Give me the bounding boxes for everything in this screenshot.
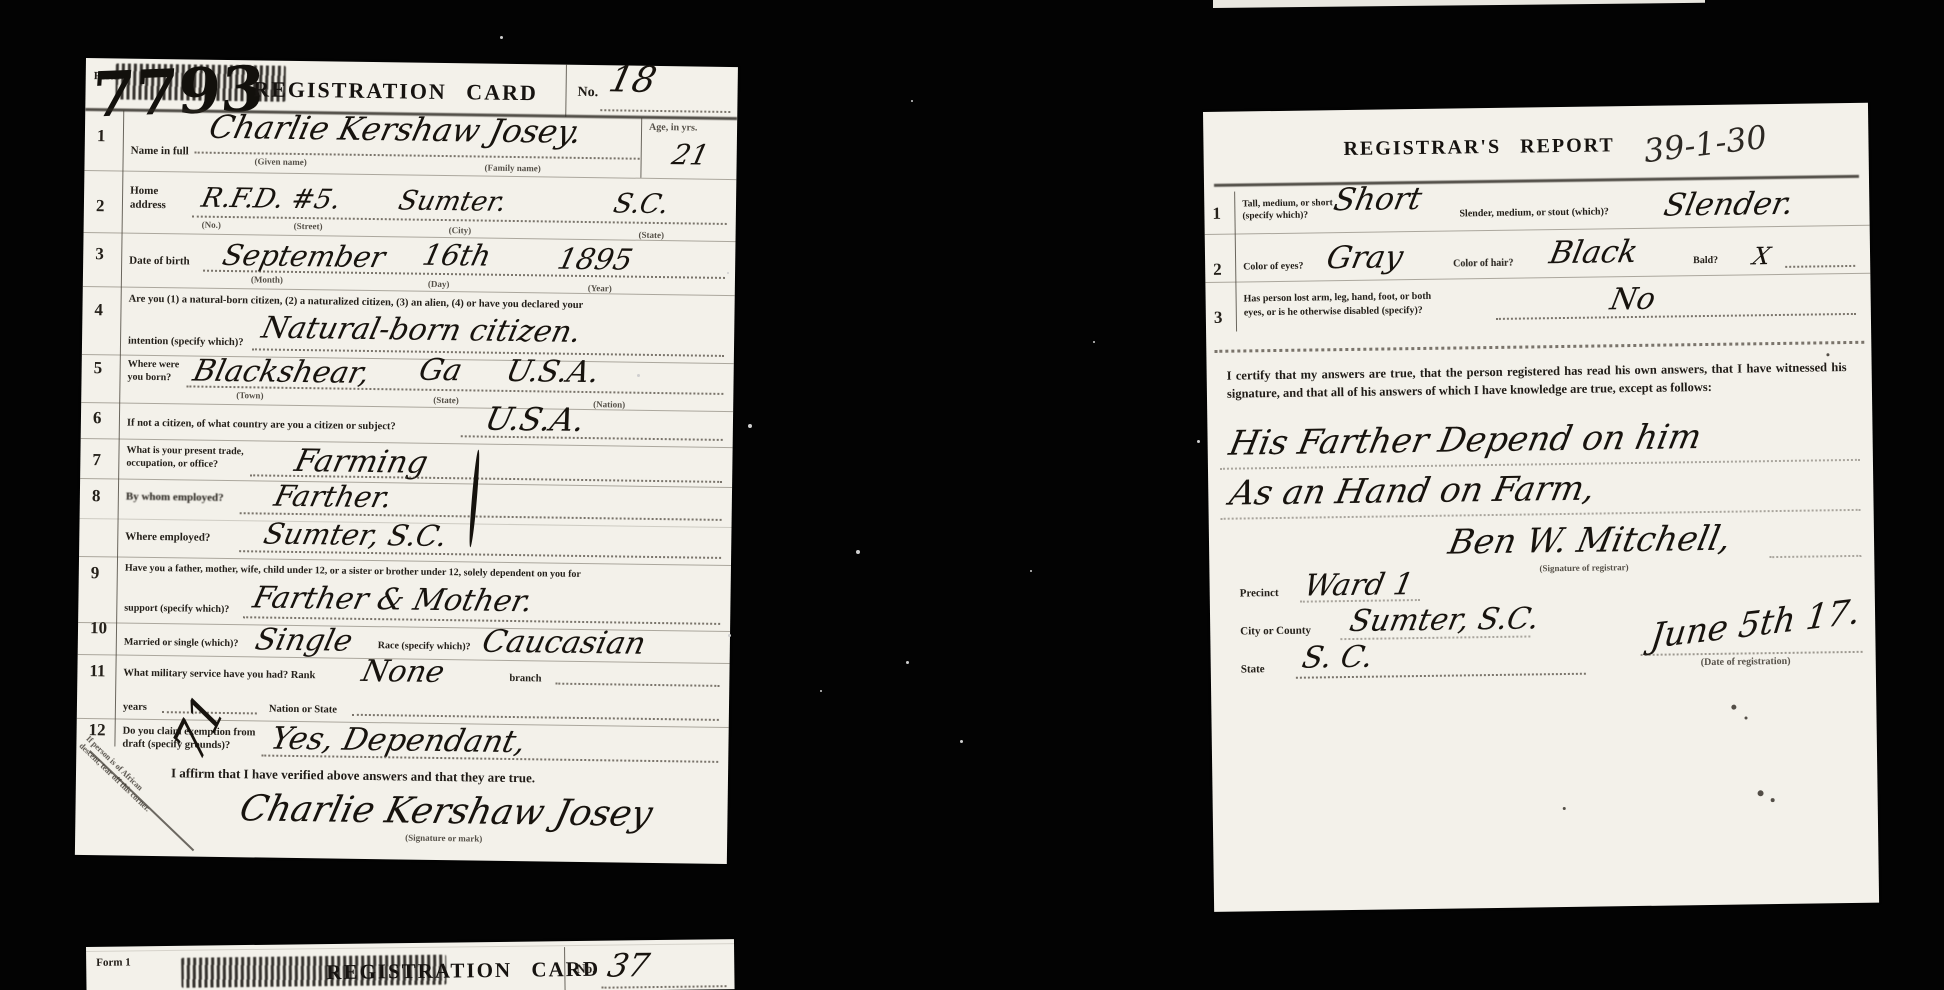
report-serial-number: 39-1-30 bbox=[1642, 118, 1769, 170]
registration-card: Form 1 7793 REGISTRATION CARD No. 18 1 2… bbox=[75, 58, 738, 864]
citizen-country-label: If not a citizen, of what country are yo… bbox=[127, 417, 396, 434]
dotted-line bbox=[239, 550, 721, 559]
no-value: 37 bbox=[604, 946, 652, 985]
dotted-line bbox=[1496, 313, 1856, 320]
military-nation-label: Nation or State bbox=[269, 703, 337, 717]
row-number: 8 bbox=[92, 486, 101, 506]
ink-speck bbox=[1563, 807, 1566, 810]
race-label: Race (specify which)? bbox=[378, 640, 471, 654]
dust-speck bbox=[906, 661, 909, 664]
form-number-label: Form 1 bbox=[96, 956, 131, 968]
exception-note-line2: As an Hand on Farm, bbox=[1226, 469, 1598, 514]
born-state-answer: Ga bbox=[416, 353, 466, 388]
hair-label: Color of hair? bbox=[1453, 258, 1514, 271]
registration-date-sublabel: (Date of registration) bbox=[1701, 656, 1791, 668]
ink-speck bbox=[1758, 790, 1764, 796]
title-rule bbox=[1214, 175, 1859, 187]
scanned-page-background: Form 1 7793 REGISTRATION CARD No. 18 1 2… bbox=[0, 0, 1944, 990]
city-county-value: Sumter, S.C. bbox=[1347, 601, 1543, 639]
age-label: Age, in yrs. bbox=[649, 122, 697, 134]
dust-speck bbox=[911, 100, 913, 102]
signature-sublabel: (Signature or mark) bbox=[405, 833, 482, 844]
affirmation-statement: I affirm that I have verified above answ… bbox=[171, 765, 535, 786]
state-value: S. C. bbox=[1299, 640, 1376, 676]
row-number: 2 bbox=[1213, 260, 1222, 280]
employed-by-label: By whom employed? bbox=[126, 491, 224, 506]
dotted-line bbox=[602, 985, 727, 989]
dust-speck bbox=[856, 550, 860, 554]
employed-where-answer: Sumter, S.C. bbox=[261, 517, 451, 553]
address-no-sublabel: (No.) bbox=[202, 220, 221, 230]
name-label: Name in full bbox=[131, 145, 189, 160]
family-name-sublabel: (Family name) bbox=[484, 163, 540, 174]
dependents-answer: Farther & Mother. bbox=[250, 580, 537, 619]
citizenship-label-b: intention (specify which)? bbox=[128, 335, 244, 350]
dob-day-sublabel: (Day) bbox=[428, 279, 450, 289]
no-label: No. bbox=[576, 961, 595, 977]
dust-speck bbox=[500, 36, 503, 39]
row-number: 3 bbox=[1214, 308, 1223, 328]
row-number: 9 bbox=[91, 563, 100, 583]
given-name-sublabel: (Given name) bbox=[255, 156, 307, 167]
name-answer: Charlie Kershaw Josey. bbox=[206, 108, 586, 151]
report-title: REGISTRAR'S REPORT bbox=[1343, 134, 1615, 161]
citizenship-label-a: Are you (1) a natural-born citizen, (2) … bbox=[129, 293, 729, 315]
dust-speck bbox=[1030, 570, 1032, 572]
born-label: Where were you born? bbox=[127, 359, 189, 385]
row-number: 2 bbox=[96, 196, 105, 216]
employed-by-answer: Farther. bbox=[271, 479, 395, 515]
race-answer: Caucasian bbox=[479, 624, 649, 662]
dependents-label-a: Have you a father, mother, wife, child u… bbox=[125, 563, 725, 584]
row-number: 6 bbox=[93, 408, 102, 428]
trade-label: What is your present trade, occupation, … bbox=[126, 445, 246, 472]
registrar-signature-sublabel: (Signature of registrar) bbox=[1539, 562, 1628, 573]
dust-speck bbox=[1093, 341, 1095, 343]
born-nation-sublabel: (Nation) bbox=[593, 399, 625, 409]
military-service-label: What military service have you had? Rank bbox=[123, 667, 315, 683]
no-value: 18 bbox=[605, 59, 660, 101]
dust-speck bbox=[748, 424, 752, 428]
state-label: State bbox=[1241, 663, 1265, 677]
row-separator bbox=[84, 170, 736, 180]
build-label: Slender, medium, or stout (which)? bbox=[1459, 206, 1609, 221]
address-street-sublabel: (Street) bbox=[294, 221, 323, 231]
dob-label: Date of birth bbox=[129, 255, 190, 270]
hair-answer: Black bbox=[1546, 234, 1640, 271]
employed-where-label: Where employed? bbox=[125, 531, 210, 546]
dependents-label-b: support (specify which)? bbox=[124, 603, 229, 617]
address-no-answer: R.F.D. #5. bbox=[199, 183, 344, 216]
row-number: 1 bbox=[97, 126, 106, 146]
row-separator bbox=[1205, 225, 1870, 235]
dob-year-sublabel: (Year) bbox=[588, 283, 612, 293]
ink-speck bbox=[1744, 716, 1747, 719]
registration-date-value: June 5th 17. bbox=[1648, 591, 1862, 657]
row-number: 10 bbox=[90, 618, 107, 638]
disability-answer: No bbox=[1607, 282, 1658, 318]
ink-speck bbox=[1731, 705, 1736, 710]
partial-card-top-edge bbox=[1213, 0, 1705, 8]
row-number: 3 bbox=[95, 244, 104, 264]
eyes-answer: Gray bbox=[1323, 239, 1406, 276]
bald-answer: X bbox=[1750, 242, 1773, 270]
certification-statement: I certify that my answers are true, that… bbox=[1227, 358, 1847, 403]
address-city-answer: Sumter. bbox=[396, 185, 510, 217]
row-number: 4 bbox=[94, 300, 103, 320]
dotted-line bbox=[1769, 555, 1861, 558]
exception-note-line1: His Farther Depend on him bbox=[1226, 417, 1705, 464]
ink-speck bbox=[1826, 353, 1829, 356]
dotted-line bbox=[1785, 265, 1855, 268]
ink-speck bbox=[1771, 798, 1775, 802]
disability-label-a: Has person lost arm, leg, hand, foot, or… bbox=[1244, 291, 1432, 306]
dob-day-answer: 16th bbox=[419, 238, 494, 273]
registrant-signature: Charlie Kershaw Josey bbox=[236, 788, 656, 835]
born-nation-answer: U.S.A. bbox=[503, 354, 603, 390]
card-title: REGISTRATION CARD bbox=[235, 76, 555, 106]
row-separator bbox=[1205, 273, 1870, 283]
dotted-line bbox=[600, 109, 730, 113]
address-city-sublabel: (City) bbox=[449, 225, 472, 235]
registrar-signature: Ben W. Mitchell, bbox=[1445, 519, 1734, 563]
row-number: 7 bbox=[92, 450, 101, 470]
citizen-country-answer: U.S.A. bbox=[482, 400, 589, 439]
row-number: 11 bbox=[89, 661, 105, 681]
dust-speck bbox=[637, 374, 640, 377]
dust-speck bbox=[1197, 440, 1200, 443]
dob-year-answer: 1895 bbox=[554, 242, 636, 277]
precinct-value: Ward 1 bbox=[1301, 567, 1416, 604]
married-answer: Single bbox=[252, 622, 356, 658]
military-years-label: years bbox=[123, 701, 147, 714]
row-number: 5 bbox=[94, 358, 103, 378]
eyes-label: Color of eyes? bbox=[1243, 261, 1304, 274]
card-title: REGISTRATION CARD bbox=[326, 957, 600, 985]
dotted-line bbox=[461, 435, 723, 441]
question-column-rule bbox=[1234, 192, 1237, 332]
dust-speck bbox=[820, 690, 822, 692]
registrars-report-card: REGISTRAR'S REPORT 39-1-30 1 2 3 Tall, m… bbox=[1203, 103, 1879, 912]
dob-month-answer: September bbox=[219, 238, 388, 274]
dust-speck bbox=[727, 272, 729, 274]
row-number: 1 bbox=[1212, 204, 1221, 224]
dotted-line bbox=[555, 683, 719, 687]
build-answer: Slender. bbox=[1661, 186, 1797, 224]
military-branch-label: branch bbox=[509, 672, 541, 686]
row-separator bbox=[81, 402, 733, 412]
bald-label: Bald? bbox=[1693, 255, 1718, 268]
age-value: 21 bbox=[669, 138, 712, 171]
citizenship-answer: Natural-born citizen. bbox=[258, 311, 584, 350]
address-state-sublabel: (State) bbox=[639, 230, 665, 240]
partial-registration-card: Form 1 REGISTRATION CARD No. 37 bbox=[86, 939, 735, 990]
address-state-answer: S.C. bbox=[611, 188, 672, 220]
disability-label-b: eyes, or is he otherwise disabled (speci… bbox=[1244, 305, 1423, 320]
dust-speck bbox=[960, 740, 963, 743]
military-rank-answer: None bbox=[358, 654, 447, 690]
no-label: No. bbox=[577, 85, 598, 101]
height-answer: Short bbox=[1331, 181, 1425, 218]
born-town-sublabel: (Town) bbox=[236, 390, 263, 400]
city-county-label: City or County bbox=[1240, 625, 1311, 640]
section-divider bbox=[1214, 341, 1864, 353]
dust-speck bbox=[728, 634, 731, 637]
born-state-sublabel: (State) bbox=[433, 395, 459, 405]
home-address-label: Home address bbox=[130, 185, 192, 213]
age-box-rule bbox=[640, 118, 642, 178]
header-divider bbox=[565, 65, 567, 117]
corner-number: 71 bbox=[162, 684, 236, 770]
married-label: Married or single (which)? bbox=[124, 637, 239, 651]
dob-month-sublabel: (Month) bbox=[251, 274, 283, 284]
dotted-line bbox=[352, 714, 719, 721]
pen-stroke-mark bbox=[468, 449, 481, 547]
question-column-rule bbox=[114, 111, 124, 747]
precinct-label: Precinct bbox=[1240, 587, 1279, 601]
